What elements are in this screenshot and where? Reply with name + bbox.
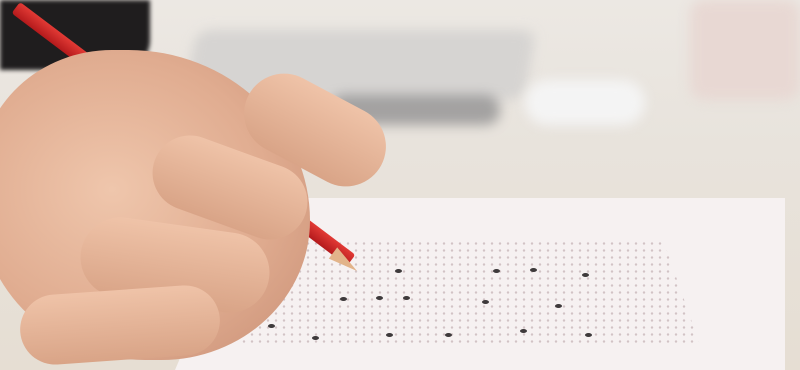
filled-bubble xyxy=(445,333,452,337)
filled-bubble xyxy=(376,296,383,300)
filled-bubble xyxy=(403,296,410,300)
cup-blur xyxy=(690,0,800,100)
filled-bubble xyxy=(493,269,500,273)
filled-bubble xyxy=(395,269,402,273)
photo-scene xyxy=(0,0,800,370)
filled-bubble xyxy=(530,268,537,272)
filled-bubble xyxy=(340,297,347,301)
finger xyxy=(18,283,222,367)
filled-bubble xyxy=(482,300,489,304)
filled-bubble xyxy=(268,324,275,328)
filled-bubble xyxy=(386,333,393,337)
mouse-blur xyxy=(525,80,645,125)
filled-bubble xyxy=(585,333,592,337)
filled-bubble xyxy=(582,273,589,277)
answer-bubbles-grid xyxy=(240,240,700,345)
filled-bubble xyxy=(312,336,319,340)
filled-bubble xyxy=(520,329,527,333)
filled-bubble xyxy=(555,304,562,308)
